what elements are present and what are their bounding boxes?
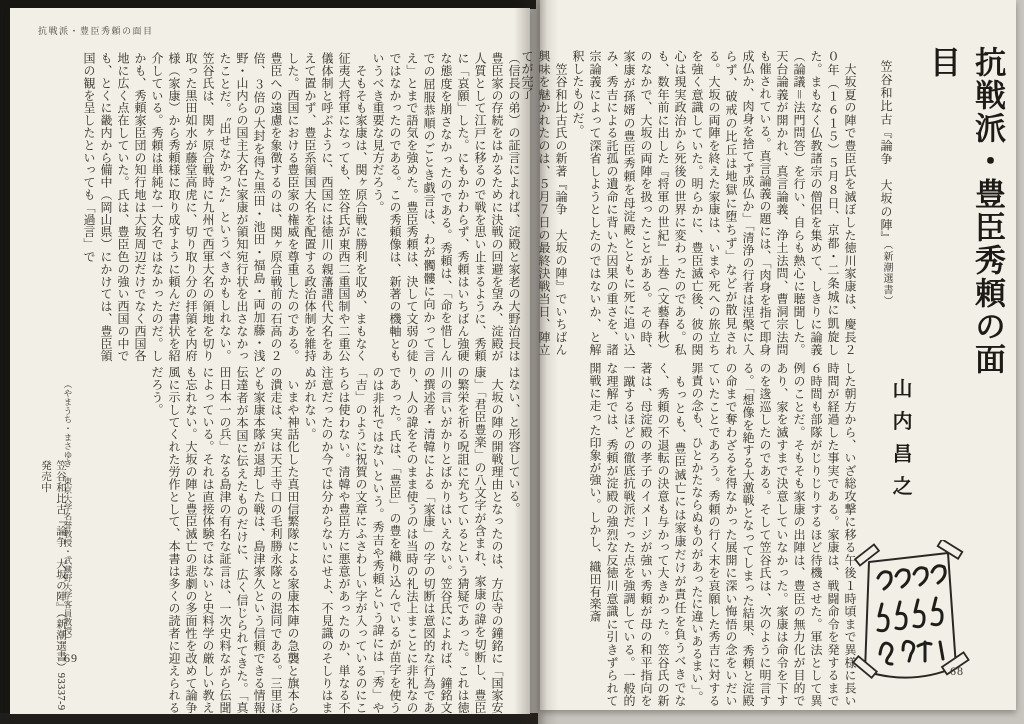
book-info-credit: 笠谷和比古『論争 大坂の陣』（新潮選書）93337-9 発売中 — [38, 460, 68, 712]
right-page-body-bottom: した朝方から、いざ総攻撃に移る午後１時頃まで異様に長い時間が経過した事実である。… — [544, 362, 858, 707]
paragraph: した朝方から、いざ総攻撃に移る午後１時頃まで異様に長い時間が経過した事実である。… — [688, 362, 858, 707]
paragraph: 笠谷和比古氏の新著『論争 大坂の陣』でいちばん興味を魅かれたのは、５月７日の最終… — [518, 50, 569, 356]
right-page: 抗戦派・豊臣秀頼の面目 笠谷和比古『論争 大坂の陣』（新潮選書） 山内昌之 大坂… — [540, 0, 1016, 710]
paragraph: はない、と形容している。 — [505, 366, 522, 714]
article-title: 抗戦派・豊臣秀頼の面目 — [920, 46, 1010, 392]
right-page-body-top: 大坂夏の陣で豊臣氏を滅ぼした徳川家康は、慶長２０年（１６１５）５月８日、京都・二… — [544, 50, 858, 356]
left-page-body-bottom: はない、と形容している。 大坂の陣の開戦理由となったのは、方広寺の鐘銘に「国家安… — [110, 366, 522, 714]
hand-drawn-doodle-illustration — [848, 540, 972, 704]
paragraph: 大坂夏の陣で豊臣氏を滅ぼした徳川家康は、慶長２０年（１６１５）５月８日、京都・二… — [569, 50, 858, 356]
page-number-right: 68 — [950, 664, 964, 679]
left-page-body-top: （信長の弟）の証言によれば、淀殿と家老の大野治長は豊臣家の存続をはかるために決戦… — [24, 52, 522, 362]
page-number-left: 69 — [64, 651, 78, 666]
paragraph: いまや神話化した真田信繁隊による家康本陣の急襲と旗本らの潰走は、実は天王寺口の毛… — [148, 366, 301, 714]
running-head: 抗戦派・豊臣秀頼の面目 — [38, 24, 154, 37]
article-subtitle: 笠谷和比古『論争 大坂の陣』（新潮選書） — [878, 60, 895, 360]
paragraph: 大坂の陣の開戦理由となったのは、方広寺の鐘銘に「国家安康」「君臣豊楽」の八文字が… — [301, 366, 505, 714]
paragraph: もっとも、豊臣滅亡には家康だけが責任を負うべきでなく、秀頼の不退転の決意も与かっ… — [586, 362, 688, 707]
publisher-label: （新潮選書） — [881, 245, 892, 307]
doodle-sketch-icon — [848, 540, 972, 704]
scan-edge-bottom — [0, 713, 538, 724]
left-page: 抗戦派・豊臣秀頼の面目 （信長の弟）の証言によれば、淀殿と家老の大野治長は豊臣家… — [10, 8, 530, 714]
article-author: 山内昌之 — [886, 378, 915, 533]
paragraph: そもそも家康は、関ヶ原合戦に勝利を収め、まもなく征夷大将軍になっても、笠谷氏が東… — [80, 52, 369, 362]
reviewed-book-title: 笠谷和比古『論争 大坂の陣』 — [879, 60, 893, 245]
paragraph: （信長の弟）の証言によれば、淀殿と家老の大野治長は豊臣家の存続をはかるために決戦… — [369, 52, 522, 362]
